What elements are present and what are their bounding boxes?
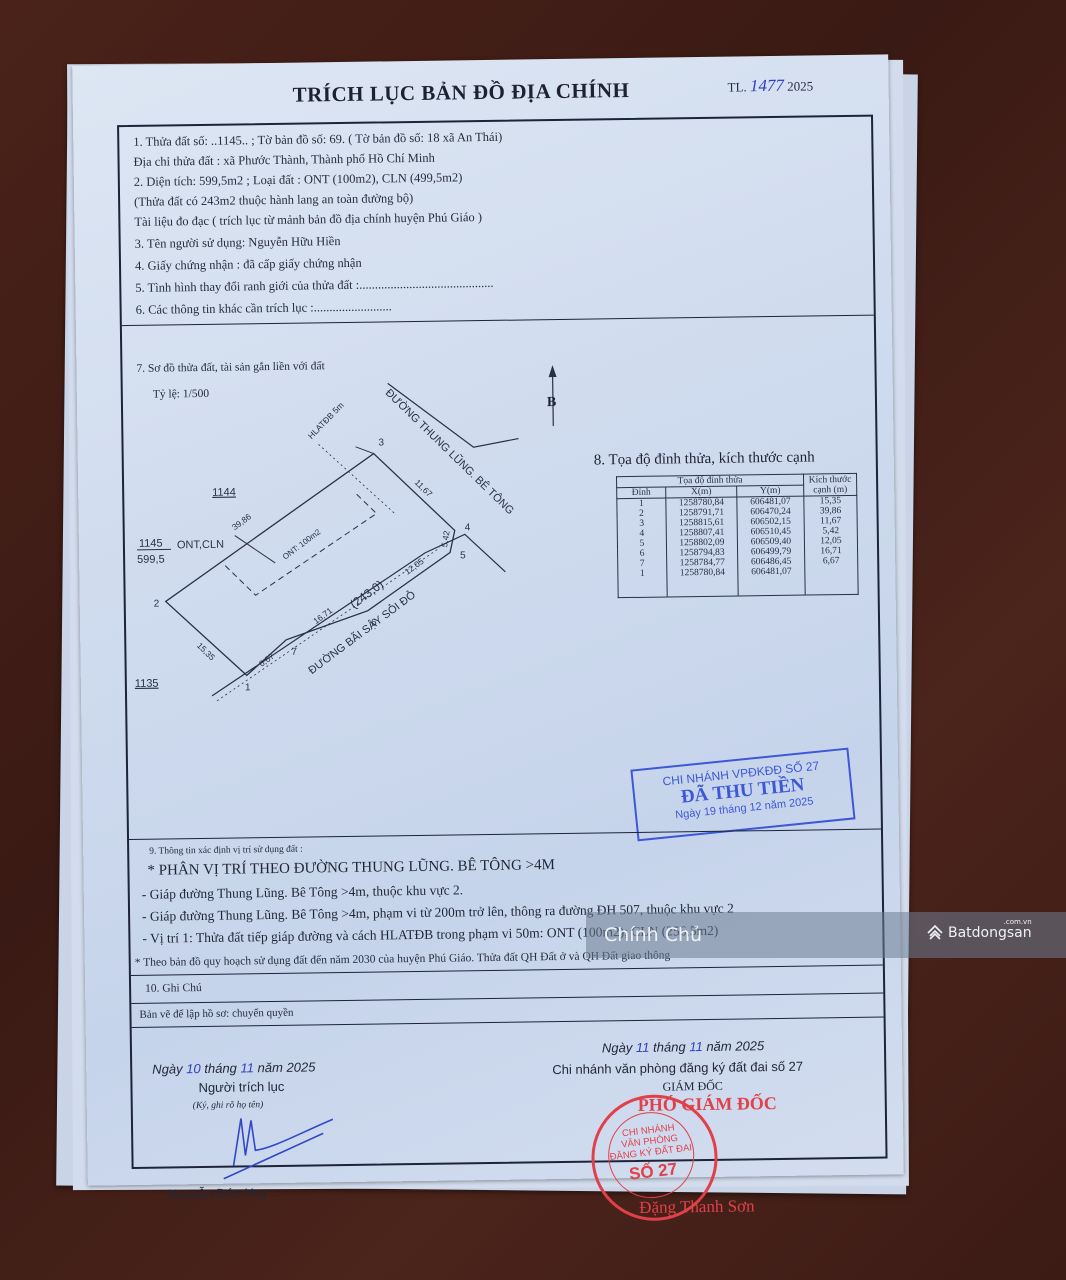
edge-length-header: Kích thước cạnh (m)	[803, 473, 856, 496]
svg-text:4: 4	[465, 522, 471, 533]
extractor-name: Nguyễn Đức Huy	[168, 1184, 334, 1201]
extract-date: Ngày 10 tháng 11 năm 2025	[152, 1059, 332, 1077]
vertex-header: Đỉnh	[617, 487, 666, 499]
watermark-label: Chính Chủ	[604, 924, 702, 946]
parcel-number-line: 1. Thửa đất số: ..1145.. ; Tờ bản đồ số:…	[133, 130, 502, 150]
tl-handwritten-number: 1477	[750, 76, 784, 95]
corridor-note: (Thửa đất có 243m2 thuộc hành lang an to…	[134, 191, 413, 210]
north-arrow-icon: B	[546, 365, 557, 426]
extractor-signature-block: Ngày 10 tháng 11 năm 2025 Người trích lụ…	[152, 1059, 334, 1201]
deputy-director-stamp: PHÓ GIÁM ĐỐC	[638, 1093, 777, 1116]
parcel-diagram: B ĐƯỜNG THUNG LŨNG. BÊ TÔNG ĐƯỜNG BÃI SẬ…	[122, 351, 588, 777]
document-title: TRÍCH LỤC BẢN ĐỒ ĐỊA CHÍNH	[292, 78, 629, 108]
parcel-area: 2. Diện tích: 599,5m2 ; Loại đất : ONT (…	[134, 170, 463, 190]
location-info-heading: 9. Thông tin xác định vị trí sử dụng đất…	[149, 845, 303, 857]
tl-prefix: TL.	[727, 79, 746, 94]
svg-text:6: 6	[371, 618, 377, 629]
svg-text:(243,0): (243,0)	[347, 577, 386, 611]
director-signature-block: Ngày 11 tháng 11 năm 2025 Chi nhánh văn …	[552, 1038, 804, 1096]
brand-name: Batdongsan	[948, 925, 1032, 941]
coordinates-heading: 8. Tọa độ đỉnh thửa, kích thước cạnh	[594, 449, 815, 469]
approval-date: Ngày 11 tháng 11 năm 2025	[602, 1038, 803, 1056]
svg-text:599,5: 599,5	[137, 554, 165, 566]
location-item: - Giáp đường Thung Lũng. Bê Tông >4m, th…	[142, 882, 464, 902]
svg-text:5: 5	[460, 550, 466, 561]
svg-text:15,35: 15,35	[195, 640, 217, 662]
parcel-address: Địa chỉ thửa đất : xã Phước Thành, Thành…	[133, 151, 434, 170]
payment-received-stamp: CHI NHÁNH VPĐKĐĐ SỐ 27 ĐÃ THU TIỀN Ngày …	[630, 748, 855, 842]
tl-year: 2025	[787, 78, 813, 93]
house-logo-icon	[926, 924, 944, 942]
svg-text:11,67: 11,67	[413, 477, 435, 499]
svg-text:1144: 1144	[212, 487, 236, 499]
director-name: Đặng Thanh Sơn	[639, 1196, 755, 1218]
svg-text:16,71: 16,71	[311, 605, 334, 626]
printed-role: GIÁM ĐỐC	[662, 1078, 803, 1095]
svg-text:ĐƯỜNG THUNG LŨNG. BÊ TÔNG: ĐƯỜNG THUNG LŨNG. BÊ TÔNG	[383, 386, 517, 517]
svg-text:1145: 1145	[139, 538, 163, 550]
boundary-change: 5. Tình hình thay đổi ranh giới của thửa…	[135, 276, 493, 296]
svg-text:6,67: 6,67	[257, 651, 276, 669]
location-main: * PHÂN VỊ TRÍ THEO ĐƯỜNG THUNG LŨNG. BÊ …	[147, 857, 555, 880]
office-name: Chi nhánh văn phòng đăng ký đất đai số 2…	[552, 1059, 803, 1078]
notes-text: Bản vẽ để lập hồ sơ: chuyển quyền	[139, 1007, 293, 1021]
svg-text:1135: 1135	[135, 678, 159, 690]
section-divider	[131, 993, 883, 1004]
svg-text:39,86: 39,86	[230, 511, 253, 532]
extract-number: TL. 1477 2025	[727, 75, 813, 96]
survey-document: Tài liệu đo đạc ( trích lục từ mảnh bản …	[134, 210, 482, 230]
brand-logo: .com.vn Batdongsan	[926, 924, 1032, 942]
svg-text:7: 7	[291, 647, 297, 658]
svg-text:1: 1	[245, 682, 251, 693]
svg-text:2: 2	[154, 599, 160, 610]
certificate-status: 4. Giấy chứng nhận : đã cấp giấy chứng n…	[135, 256, 362, 274]
svg-text:5,42: 5,42	[439, 530, 452, 548]
other-info: 6. Các thông tin khác cần trích lục :...…	[136, 299, 392, 318]
section-divider	[129, 829, 881, 840]
svg-text:HLATĐB 5m: HLATĐB 5m	[306, 400, 346, 441]
svg-text:ONT,CLN: ONT,CLN	[177, 539, 224, 552]
land-user-name: 3. Tên người sử dụng: Nguyễn Hữu Hiền	[135, 234, 341, 252]
document-frame: 1. Thửa đất số: ..1145.. ; Tờ bản đồ số:…	[117, 115, 888, 1169]
svg-text:ONT: 100m2: ONT: 100m2	[281, 527, 323, 561]
notes-heading: 10. Ghi Chú	[145, 982, 202, 995]
coordinates-table: Tọa độ đỉnh thửa Kích thước cạnh (m) Đỉn…	[616, 473, 859, 598]
handwritten-signature	[193, 1109, 334, 1181]
svg-text:3: 3	[378, 437, 384, 448]
svg-text:12,05: 12,05	[403, 556, 426, 577]
cadastral-extract-sheet: TRÍCH LỤC BẢN ĐỒ ĐỊA CHÍNH TL. 1477 2025…	[72, 54, 904, 1185]
extractor-role: Người trích lục	[198, 1078, 332, 1095]
svg-text:B: B	[547, 395, 557, 410]
coordinate-row: 11258780,84606481,07	[618, 566, 858, 598]
brand-tld: .com.vn	[1004, 918, 1032, 926]
